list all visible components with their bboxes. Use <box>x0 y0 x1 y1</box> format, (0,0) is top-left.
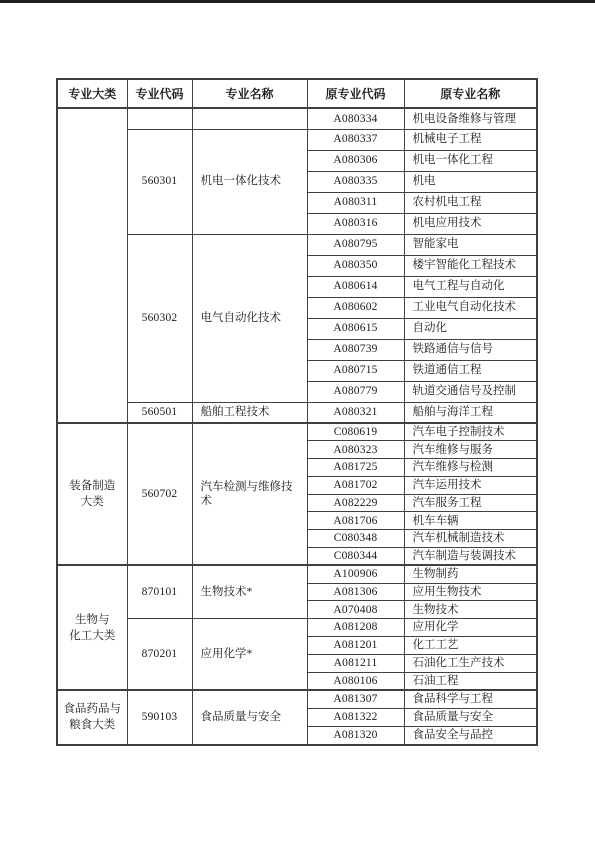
old-name-cell: 工业电气自动化技术 <box>404 297 537 318</box>
table-row: 装备制造大类560702汽车检测与维修技术C080619汽车电子控制技术 <box>57 423 537 441</box>
category-cell: 食品药品与粮食大类 <box>57 690 127 745</box>
category-line: 食品药品与 <box>60 701 125 717</box>
old-name-cell: 自动化 <box>404 318 537 339</box>
old-code-cell: A080615 <box>307 318 404 339</box>
scan-edge-strip <box>0 0 595 3</box>
old-name-cell: 汽车运用技术 <box>404 476 537 494</box>
old-name-cell: 铁道通信工程 <box>404 360 537 381</box>
old-code-cell: A081322 <box>307 708 404 726</box>
major-code-cell: 560301 <box>127 129 192 234</box>
old-name-cell: 船舶与海洋工程 <box>404 402 537 423</box>
old-name-cell: 汽车维修与服务 <box>404 441 537 459</box>
old-name-cell: 食品安全与品控 <box>404 726 537 744</box>
old-code-cell: A080739 <box>307 339 404 360</box>
old-name-cell: 汽车制造与装调技术 <box>404 548 537 566</box>
table-row: 870201应用化学*A081208应用化学 <box>57 619 537 637</box>
old-code-cell: A080715 <box>307 360 404 381</box>
old-code-cell: A080321 <box>307 402 404 423</box>
major-name-cell: 电气自动化技术 <box>192 234 307 402</box>
table-row: 560501船舶工程技术A080321船舶与海洋工程 <box>57 402 537 423</box>
old-name-cell: 楼宇智能化工程技术 <box>404 255 537 276</box>
column-header-1: 专业大类 <box>57 79 127 108</box>
old-name-cell: 农村机电工程 <box>404 192 537 213</box>
old-code-cell: A080311 <box>307 192 404 213</box>
old-code-cell: A080106 <box>307 672 404 690</box>
major-code-cell: 560702 <box>127 423 192 565</box>
old-code-cell: A081725 <box>307 459 404 477</box>
old-name-cell: 机车车辆 <box>404 512 537 530</box>
table-row: 生物与化工大类870101生物技术*A100906生物制药 <box>57 565 537 583</box>
old-name-cell: 汽车电子控制技术 <box>404 423 537 441</box>
major-name-cell: 食品质量与安全 <box>192 690 307 745</box>
old-code-cell: A080350 <box>307 255 404 276</box>
old-name-cell: 应用生物技术 <box>404 583 537 601</box>
table-row: 560301机电一体化技术A080337机械电子工程 <box>57 129 537 150</box>
old-name-cell: 汽车维修与检测 <box>404 459 537 477</box>
table-body: A080334机电设备维修与管理560301机电一体化技术A080337机械电子… <box>57 108 537 745</box>
old-name-cell: 化工工艺 <box>404 637 537 655</box>
old-name-cell: 石油化工生产技术 <box>404 654 537 672</box>
major-name-cell: 机电一体化技术 <box>192 129 307 234</box>
old-code-cell: A081211 <box>307 654 404 672</box>
old-code-cell: A080323 <box>307 441 404 459</box>
old-code-cell: C080619 <box>307 423 404 441</box>
old-name-cell: 机电 <box>404 171 537 192</box>
old-name-cell: 轨道交通信号及控制 <box>404 381 537 402</box>
old-code-cell: A080334 <box>307 108 404 129</box>
table-header: 专业大类专业代码专业名称原专业代码原专业名称 <box>57 79 537 108</box>
old-code-cell: C080348 <box>307 530 404 548</box>
column-header-5: 原专业名称 <box>404 79 537 108</box>
old-name-cell: 机械电子工程 <box>404 129 537 150</box>
old-name-cell: 食品质量与安全 <box>404 708 537 726</box>
old-code-cell: A080602 <box>307 297 404 318</box>
old-code-cell: A081208 <box>307 619 404 637</box>
column-header-4: 原专业代码 <box>307 79 404 108</box>
old-name-cell: 机电一体化工程 <box>404 150 537 171</box>
old-name-cell: 汽车机械制造技术 <box>404 530 537 548</box>
major-code-cell: 870201 <box>127 619 192 690</box>
major-code-cell <box>127 108 192 129</box>
old-code-cell: A080337 <box>307 129 404 150</box>
old-code-cell: A080316 <box>307 213 404 234</box>
old-code-cell: A081320 <box>307 726 404 744</box>
column-header-2: 专业代码 <box>127 79 192 108</box>
major-code-cell: 590103 <box>127 690 192 745</box>
old-code-cell: A081201 <box>307 637 404 655</box>
old-code-cell: A081706 <box>307 512 404 530</box>
old-code-cell: A080779 <box>307 381 404 402</box>
old-code-cell: A070408 <box>307 601 404 619</box>
table-row: A080334机电设备维修与管理 <box>57 108 537 129</box>
old-name-cell: 电气工程与自动化 <box>404 276 537 297</box>
category-cell <box>57 108 127 423</box>
old-name-cell: 生物制药 <box>404 565 537 583</box>
major-name-cell: 应用化学* <box>192 619 307 690</box>
major-code-cell: 870101 <box>127 565 192 618</box>
major-name-cell <box>192 108 307 129</box>
majors-mapping-table: 专业大类专业代码专业名称原专业代码原专业名称 A080334机电设备维修与管理5… <box>56 78 538 746</box>
document-page-content: 专业大类专业代码专业名称原专业代码原专业名称 A080334机电设备维修与管理5… <box>56 78 538 746</box>
table-row: 食品药品与粮食大类590103食品质量与安全A081307食品科学与工程 <box>57 690 537 708</box>
category-line: 大类 <box>60 494 125 510</box>
old-name-cell: 生物技术 <box>404 601 537 619</box>
major-name-cell: 生物技术* <box>192 565 307 618</box>
major-name-cell: 船舶工程技术 <box>192 402 307 423</box>
old-name-cell: 石油工程 <box>404 672 537 690</box>
old-code-cell: A081306 <box>307 583 404 601</box>
category-line: 粮食大类 <box>60 717 125 733</box>
old-name-cell: 应用化学 <box>404 619 537 637</box>
category-line: 装备制造 <box>60 478 125 494</box>
category-line: 化工大类 <box>60 628 125 644</box>
old-name-cell: 机电设备维修与管理 <box>404 108 537 129</box>
major-name-cell: 汽车检测与维修技术 <box>192 423 307 565</box>
old-code-cell: A081307 <box>307 690 404 708</box>
old-name-cell: 铁路通信与信号 <box>404 339 537 360</box>
table-row: 560302电气自动化技术A080795智能家电 <box>57 234 537 255</box>
old-code-cell: A080335 <box>307 171 404 192</box>
column-header-3: 专业名称 <box>192 79 307 108</box>
old-code-cell: A081702 <box>307 476 404 494</box>
old-code-cell: A080614 <box>307 276 404 297</box>
old-name-cell: 智能家电 <box>404 234 537 255</box>
old-code-cell: A082229 <box>307 494 404 512</box>
category-line: 生物与 <box>60 612 125 628</box>
old-code-cell: A080795 <box>307 234 404 255</box>
old-name-cell: 机电应用技术 <box>404 213 537 234</box>
old-name-cell: 汽车服务工程 <box>404 494 537 512</box>
old-code-cell: C080344 <box>307 548 404 566</box>
header-row: 专业大类专业代码专业名称原专业代码原专业名称 <box>57 79 537 108</box>
category-cell: 生物与化工大类 <box>57 565 127 690</box>
old-code-cell: A080306 <box>307 150 404 171</box>
major-code-cell: 560501 <box>127 402 192 423</box>
old-name-cell: 食品科学与工程 <box>404 690 537 708</box>
category-cell: 装备制造大类 <box>57 423 127 565</box>
old-code-cell: A100906 <box>307 565 404 583</box>
major-code-cell: 560302 <box>127 234 192 402</box>
